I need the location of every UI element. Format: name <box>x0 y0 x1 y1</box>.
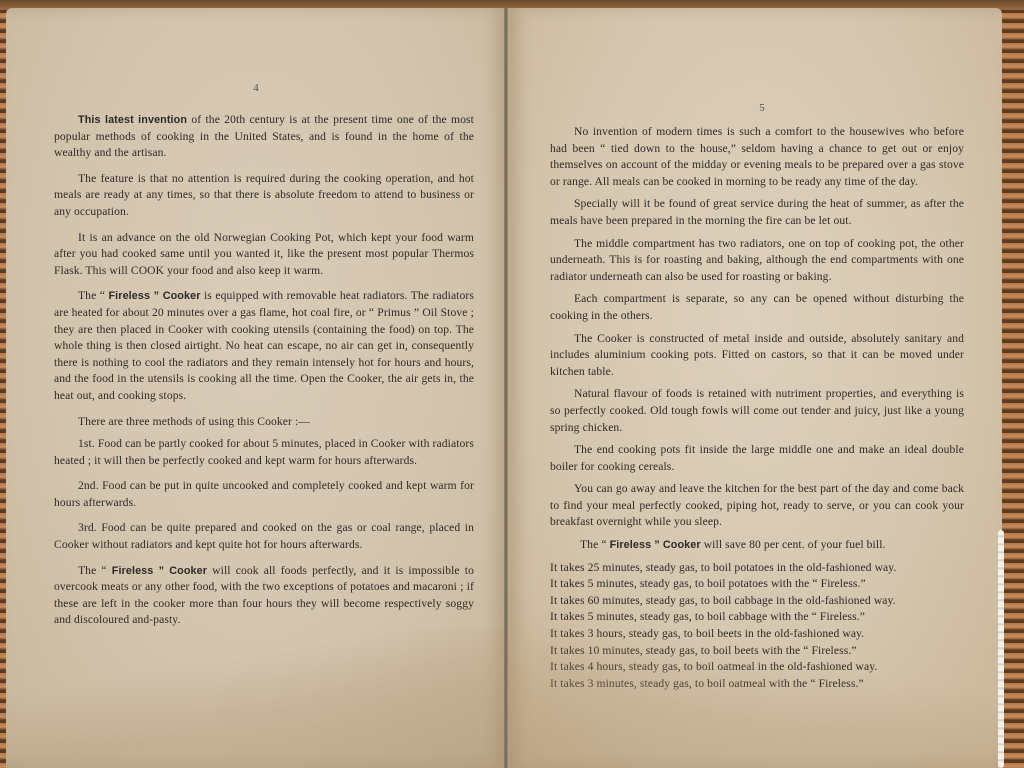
quote-open: The “ <box>580 538 610 551</box>
comparison-line: It takes 4 hours, steady gas, to boil oa… <box>550 659 964 676</box>
paragraph-norwegian-pot: It is an advance on the old Norwegian Co… <box>54 230 474 280</box>
binding-stitch <box>998 530 1004 768</box>
paragraph-middle-compartment: The middle compartment has two radiators… <box>550 236 964 286</box>
page-number-right: 5 <box>752 102 772 114</box>
paragraph-flavour: Natural flavour of foods is retained wit… <box>550 386 964 436</box>
paragraph-method-1: 1st. Food can be partly cooked for about… <box>54 436 474 469</box>
page-number-left: 4 <box>246 82 266 94</box>
quote-open: The “ <box>78 289 108 302</box>
comparison-line: It takes 60 minutes, steady gas, to boil… <box>550 593 964 610</box>
paragraph-separate: Each compartment is separate, so any can… <box>550 291 964 324</box>
product-name: Fireless ” Cooker <box>112 565 207 577</box>
comparison-line: It takes 25 minutes, steady gas, to boil… <box>550 560 964 577</box>
comparison-line: It takes 5 minutes, steady gas, to boil … <box>550 609 964 626</box>
paragraph-text: is equipped with removable heat radiator… <box>54 289 474 402</box>
paragraph-cook-perfectly: The “ Fireless ” Cooker will cook all fo… <box>54 563 474 629</box>
paragraph-fuel-savings: The “ Fireless ” Cooker will save 80 per… <box>550 537 964 554</box>
comparison-line: It takes 10 minutes, steady gas, to boil… <box>550 643 964 660</box>
paragraph-double-boiler: The end cooking pots fit inside the larg… <box>550 442 964 475</box>
paragraph-text: will save 80 per cent. of your fuel bill… <box>701 538 886 551</box>
bold-lead: This latest invention <box>78 114 187 126</box>
comparison-line: It takes 3 minutes, steady gas, to boil … <box>550 676 964 693</box>
paragraph-method-2: 2nd. Food can be put in quite uncooked a… <box>54 478 474 511</box>
cooking-time-comparison-list: It takes 25 minutes, steady gas, to boil… <box>550 560 964 693</box>
right-page: 5 No invention of modern times is such a… <box>508 8 1002 768</box>
comparison-line: It takes 5 minutes, steady gas, to boil … <box>550 576 964 593</box>
paragraph-construction: The Cooker is constructed of metal insid… <box>550 331 964 381</box>
paragraph-summer: Specially will it be found of great serv… <box>550 196 964 229</box>
paragraph-housewives: No invention of modern times is such a c… <box>550 124 964 190</box>
paragraph-methods-heading: There are three methods of using this Co… <box>54 414 474 431</box>
quote-open: The “ <box>78 564 112 577</box>
water-stain <box>6 628 506 768</box>
left-page-text: This latest invention of the 20th centur… <box>54 112 474 638</box>
paragraph-method-3: 3rd. Food can be quite prepared and cook… <box>54 520 474 553</box>
product-name: Fireless ” Cooker <box>610 539 701 551</box>
paragraph-leave-kitchen: You can go away and leave the kitchen fo… <box>550 481 964 531</box>
left-page: 4 This latest invention of the 20th cent… <box>6 8 506 768</box>
product-name: Fireless ” Cooker <box>108 290 200 302</box>
comparison-line: It takes 3 hours, steady gas, to boil be… <box>550 626 964 643</box>
right-page-text: No invention of modern times is such a c… <box>550 124 964 701</box>
paragraph-intro: This latest invention of the 20th centur… <box>54 112 474 162</box>
paragraph-feature: The feature is that no attention is requ… <box>54 171 474 221</box>
paragraph-radiators: The “ Fireless ” Cooker is equipped with… <box>54 288 474 404</box>
